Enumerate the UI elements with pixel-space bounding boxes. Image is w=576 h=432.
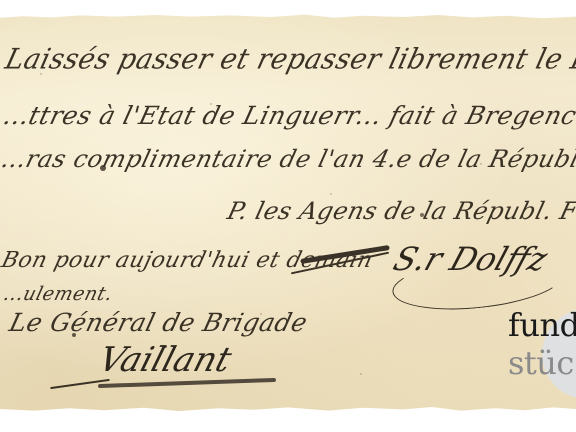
paper-speck xyxy=(330,193,332,195)
fundstueck-watermark-logo: fund stüc xyxy=(508,305,576,395)
paper-speck xyxy=(360,373,362,375)
manuscript-line-6: ...ulement. xyxy=(1,283,115,305)
manuscript-line-4: P. les Agens de la Républ. Français... xyxy=(225,197,576,225)
document-viewer: Laissés passer et repasser librement le … xyxy=(0,0,576,432)
manuscript-line-3: ...ras complimentaire de l'an 4.e de la … xyxy=(0,145,576,173)
manuscript-line-7: Le Général de Brigade xyxy=(6,308,310,337)
logo-text-bottom: stüc xyxy=(508,345,574,381)
signature-vaillant: Vaillant xyxy=(94,340,236,380)
manuscript-line-1: Laissés passer et repasser librement le … xyxy=(2,43,576,76)
manuscript-line-2: ...ttres à l'Etat de Linguerr... fait à … xyxy=(0,101,576,130)
logo-text-top: fund xyxy=(508,307,576,343)
